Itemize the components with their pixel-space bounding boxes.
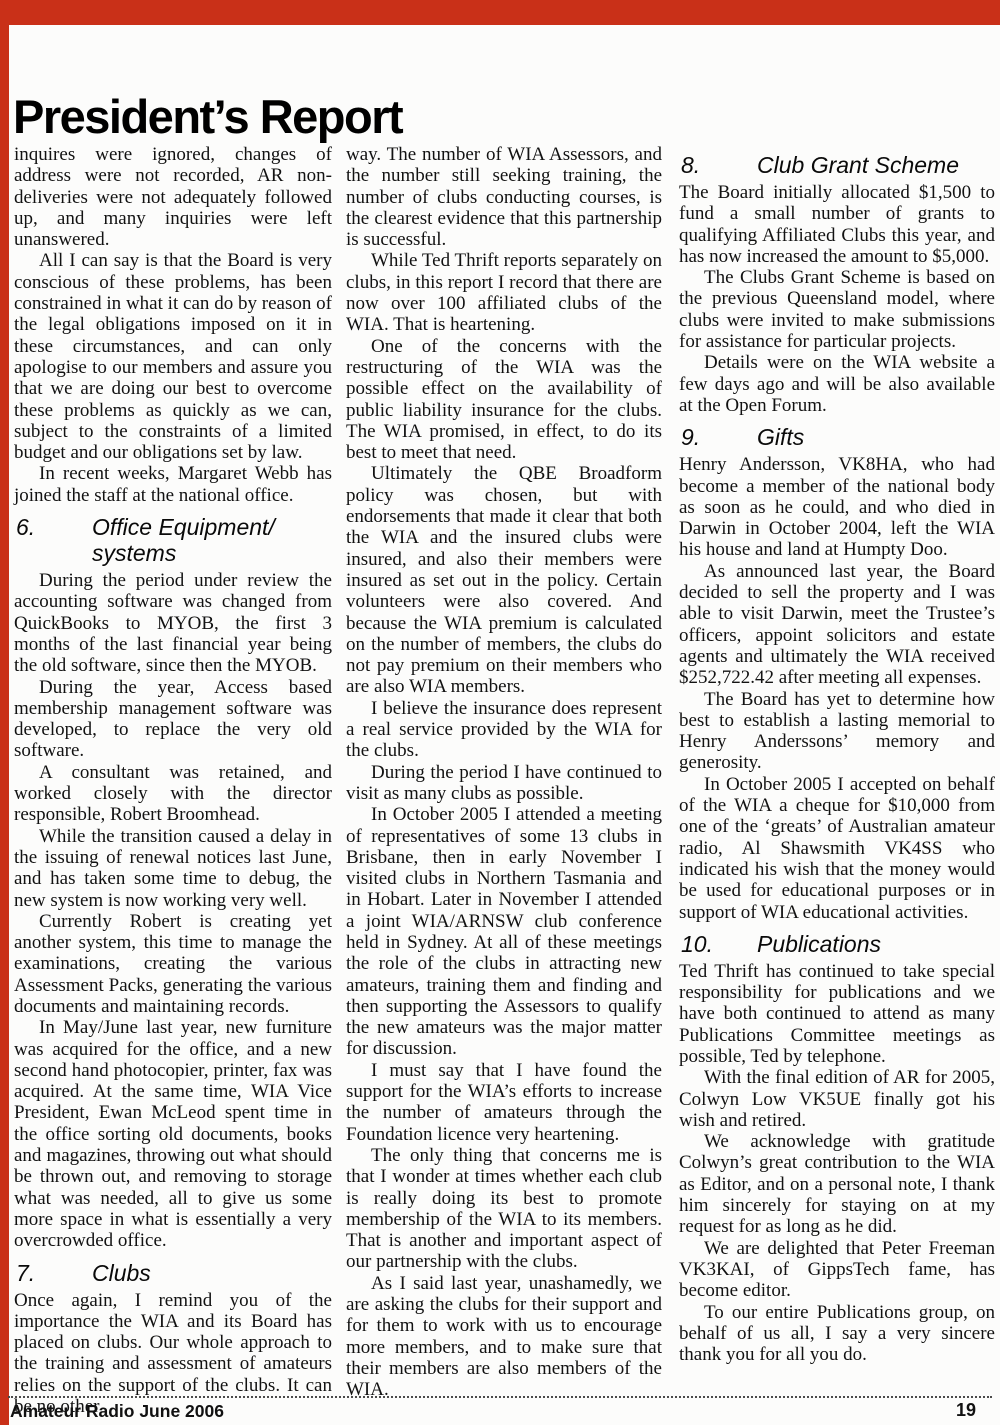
section-title: Gifts — [757, 424, 995, 450]
paragraph: During the period under review the accou… — [14, 570, 332, 676]
footer-rule — [8, 1396, 992, 1398]
paragraph: While Ted Thrift reports separately on c… — [346, 250, 662, 335]
section-title: Office Equipment/systems — [92, 514, 332, 566]
text-column-3: 8.Club Grant SchemeThe Board initially a… — [679, 144, 995, 1365]
section-number: 7. — [16, 1260, 35, 1286]
section-number: 6. — [16, 514, 35, 540]
paragraph: The only thing that concerns me is that … — [346, 1145, 662, 1273]
paragraph: I believe the insurance does represent a… — [346, 698, 662, 762]
paragraph: As I said last year, unashamedly, we are… — [346, 1273, 662, 1401]
footer-page-number: 19 — [956, 1400, 976, 1421]
paragraph: The Clubs Grant Scheme is based on the p… — [679, 267, 995, 352]
paragraph: All I can say is that the Board is very … — [14, 250, 332, 463]
section-title: Club Grant Scheme — [757, 152, 995, 178]
section-number: 8. — [681, 152, 700, 178]
section-number: 9. — [681, 424, 700, 450]
paragraph: Ted Thrift has continued to take special… — [679, 961, 995, 1067]
paragraph: We are delighted that Peter Freeman VK3K… — [679, 1238, 995, 1302]
footer-journal-title: Amateur Radio June 2006 — [10, 1401, 224, 1422]
paragraph: In October 2005 I attended a meeting of … — [346, 804, 662, 1060]
paragraph: Once again, I remind you of the importan… — [14, 1290, 332, 1418]
paragraph: We acknowledge with gratitude Colwyn’s g… — [679, 1131, 995, 1237]
paragraph: inquires were ignored, changes of addres… — [14, 144, 332, 250]
paragraph: Currently Robert is creating yet another… — [14, 911, 332, 1017]
paragraph: As announced last year, the Board decide… — [679, 561, 995, 689]
paragraph: Ultimately the QBE Broadform policy was … — [346, 463, 662, 697]
paragraph: Henry Andersson, VK8HA, who had become a… — [679, 454, 995, 560]
paragraph: Details were on the WIA website a few da… — [679, 352, 995, 416]
text-column-2: way. The number of WIA Assessors, and th… — [346, 144, 662, 1401]
paragraph: In October 2005 I accepted on behalf of … — [679, 774, 995, 923]
paragraph: To our entire Publications group, on beh… — [679, 1302, 995, 1366]
page-title: President’s Report — [13, 89, 402, 144]
paragraph: I must say that I have found the support… — [346, 1060, 662, 1145]
section-title: Clubs — [92, 1260, 332, 1286]
top-accent-bar — [0, 0, 1000, 25]
paragraph: One of the concerns with the restructuri… — [346, 336, 662, 464]
section-title: Publications — [757, 931, 995, 957]
paragraph: While the transition caused a delay in t… — [14, 826, 332, 911]
paragraph: In recent weeks, Margaret Webb has joine… — [14, 463, 332, 506]
paragraph: A consultant was retained, and worked cl… — [14, 762, 332, 826]
left-accent-bar — [0, 0, 9, 1425]
paragraph: way. The number of WIA Assessors, and th… — [346, 144, 662, 250]
text-column-1: inquires were ignored, changes of addres… — [14, 144, 332, 1417]
paragraph: The Board has yet to determine how best … — [679, 689, 995, 774]
paragraph: The Board initially allocated $1,500 to … — [679, 182, 995, 267]
section-number: 10. — [681, 931, 713, 957]
paragraph: During the year, Access based membership… — [14, 677, 332, 762]
paragraph: In May/June last year, new furniture was… — [14, 1017, 332, 1251]
paragraph: During the period I have continued to vi… — [346, 762, 662, 805]
section-heading: 10.Publications — [679, 931, 995, 957]
section-heading: 6.Office Equipment/systems — [14, 514, 332, 566]
paragraph: With the final edition of AR for 2005, C… — [679, 1067, 995, 1131]
magazine-page: { "page": { "title": "President\u2019s R… — [0, 0, 1000, 1425]
section-heading: 9.Gifts — [679, 424, 995, 450]
section-heading: 7.Clubs — [14, 1260, 332, 1286]
section-heading: 8.Club Grant Scheme — [679, 152, 995, 178]
